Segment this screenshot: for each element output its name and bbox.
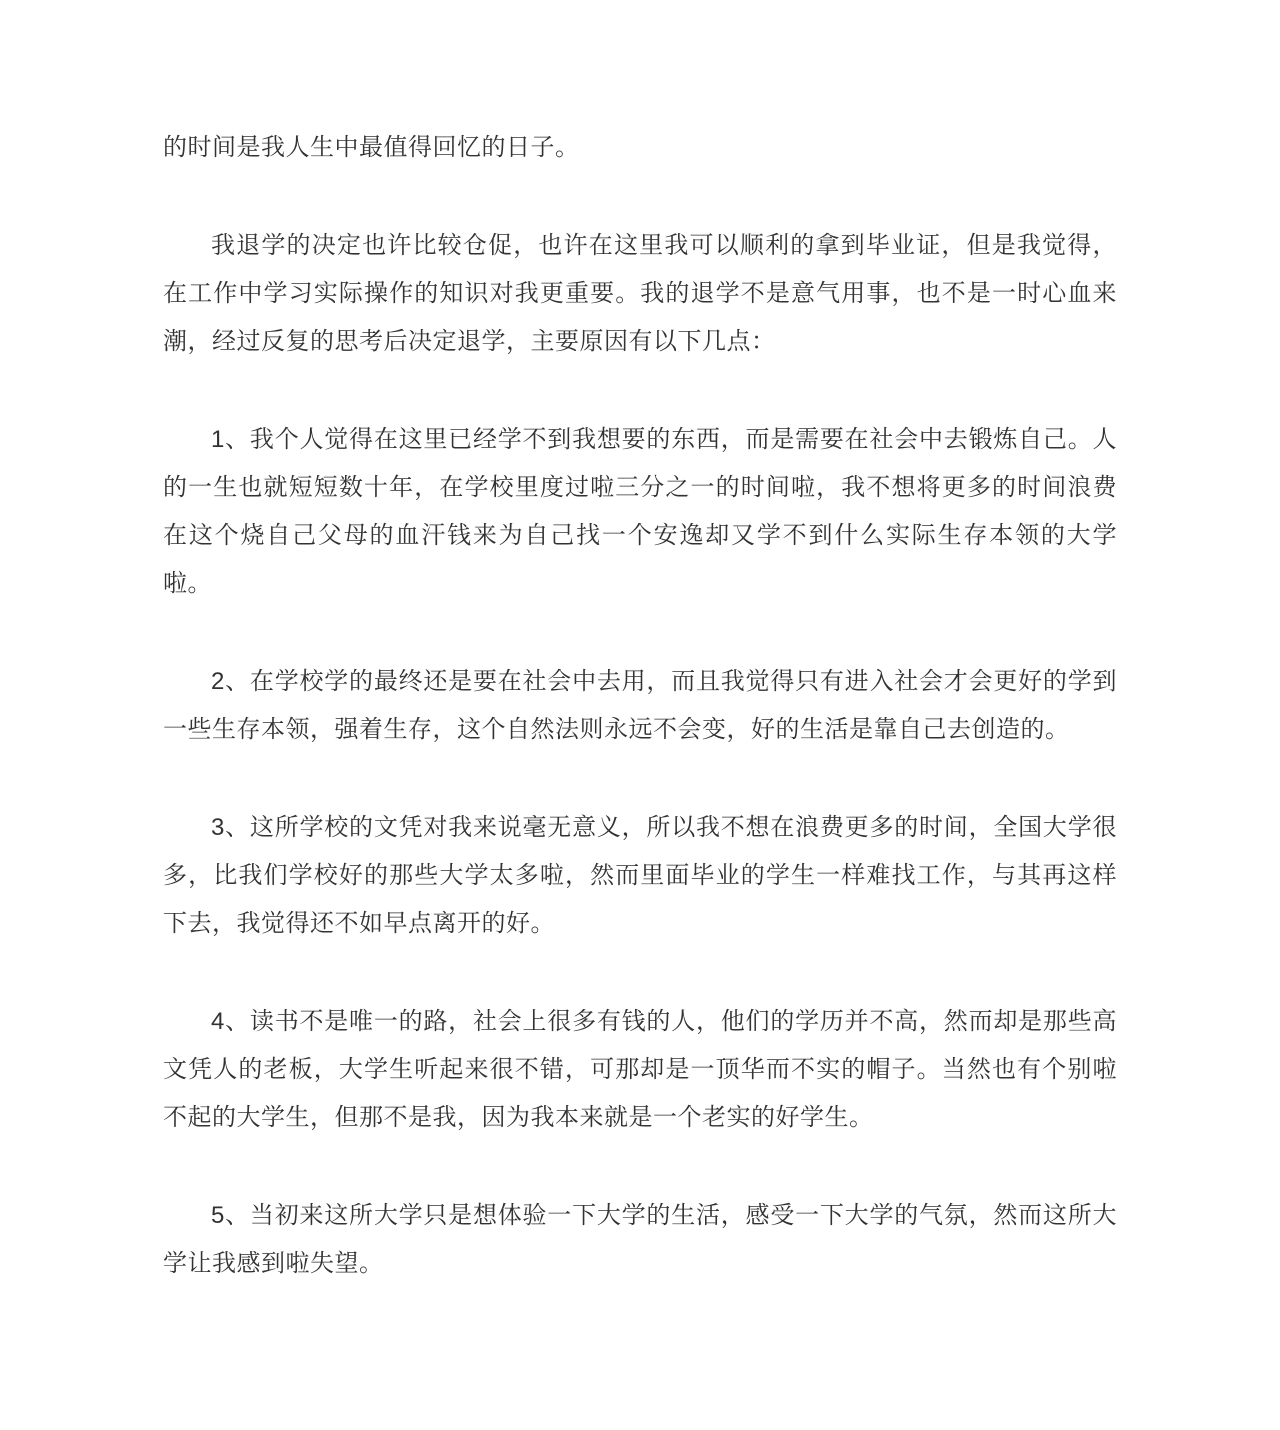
reason-4: 4、读书不是唯一的路，社会上很多有钱的人，他们的学历并不高，然而却是那些高文凭人… [163,998,1117,1142]
reason-1: 1、我个人觉得在这里已经学不到我想要的东西，而是需要在社会中去锻炼自己。人的一生… [163,416,1117,608]
reason-5: 5、当初来这所大学只是想体验一下大学的生活，感受一下大学的气氛，然而这所大学让我… [163,1192,1117,1288]
reason-3: 3、这所学校的文凭对我来说毫无意义，所以我不想在浪费更多的时间，全国大学很多，比… [163,804,1117,948]
paragraph-intro: 我退学的决定也许比较仓促，也许在这里我可以顺利的拿到毕业证，但是我觉得，在工作中… [163,222,1117,366]
reason-2: 2、在学校学的最终还是要在社会中去用，而且我觉得只有进入社会才会更好的学到一些生… [163,658,1117,754]
document-page: 的时间是我人生中最值得回忆的日子。 我退学的决定也许比较仓促，也许在这里我可以顺… [0,0,1280,1430]
paragraph-continuation: 的时间是我人生中最值得回忆的日子。 [163,124,1117,172]
